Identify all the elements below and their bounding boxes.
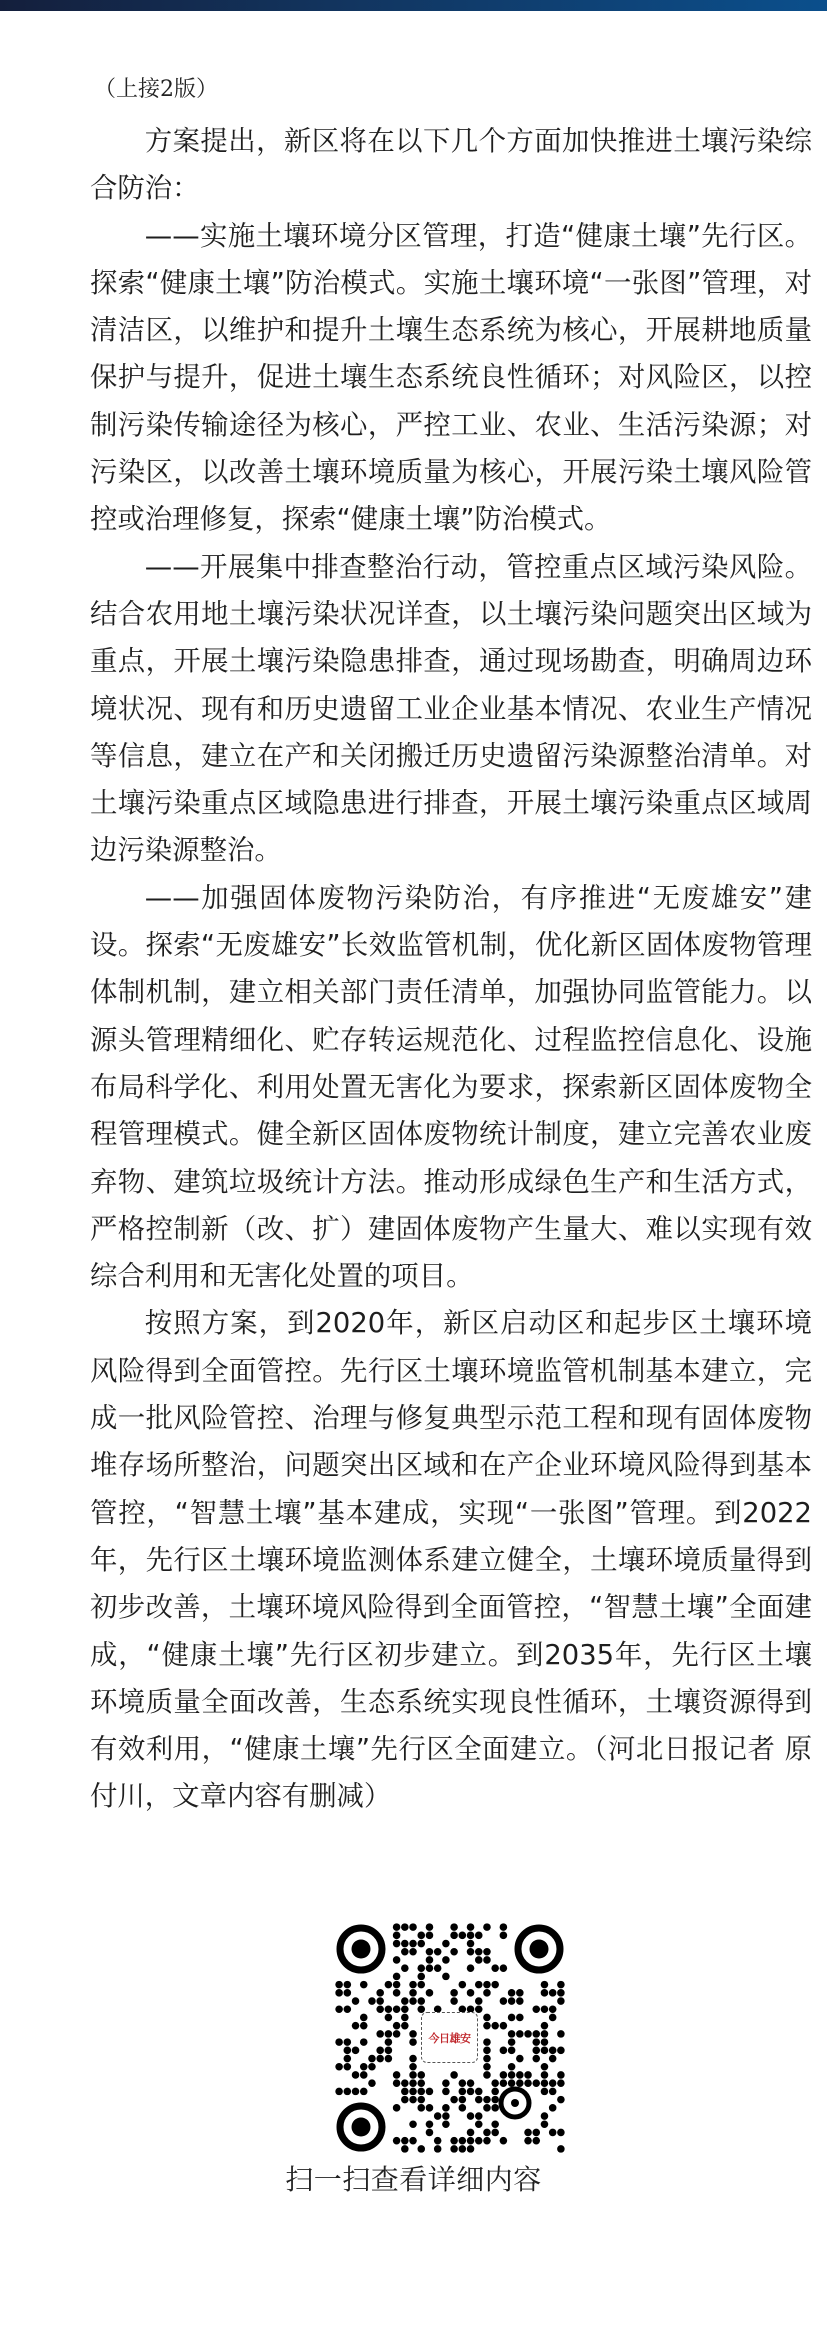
qr-finder-top-left-icon [340, 1928, 382, 1970]
qr-logo-text: 今日雄安 [429, 2030, 471, 2046]
paragraph-solid-waste: ——加强固体废物污染防治，有序推进“无废雄安”建设。探索“无废雄安”长效监管机制… [90, 875, 812, 1301]
paragraph-targets: 按照方案，到2020年，新区启动区和起步区土壤环境风险得到全面管控。先行区土壤环… [90, 1300, 812, 1820]
qr-alignment-icon [501, 2089, 529, 2117]
paragraph-intro: 方案提出，新区将在以下几个方面加快推进土壤污染综合防治： [90, 118, 812, 213]
paragraph-soil-zoning: ——实施土壤环境分区管理，打造“健康土壤”先行区。探索“健康土壤”防治模式。实施… [90, 213, 812, 544]
qr-center-logo: 今日雄安 [421, 2012, 478, 2063]
article-body: 方案提出，新区将在以下几个方面加快推进土壤污染综合防治： ——实施土壤环境分区管… [90, 118, 812, 1821]
continuation-note: （上接2版） [94, 72, 218, 103]
qr-code[interactable]: 今日雄安 [335, 1923, 565, 2153]
qr-finder-bottom-left-icon [340, 2106, 382, 2148]
paragraph-inspection: ——开展集中排查整治行动，管控重点区域污染风险。结合农用地土壤污染状况详查，以土… [90, 544, 812, 875]
qr-caption: 扫一扫查看详细内容 [0, 2158, 827, 2198]
top-banner-bar [0, 0, 827, 11]
qr-finder-top-right-icon [518, 1928, 560, 1970]
